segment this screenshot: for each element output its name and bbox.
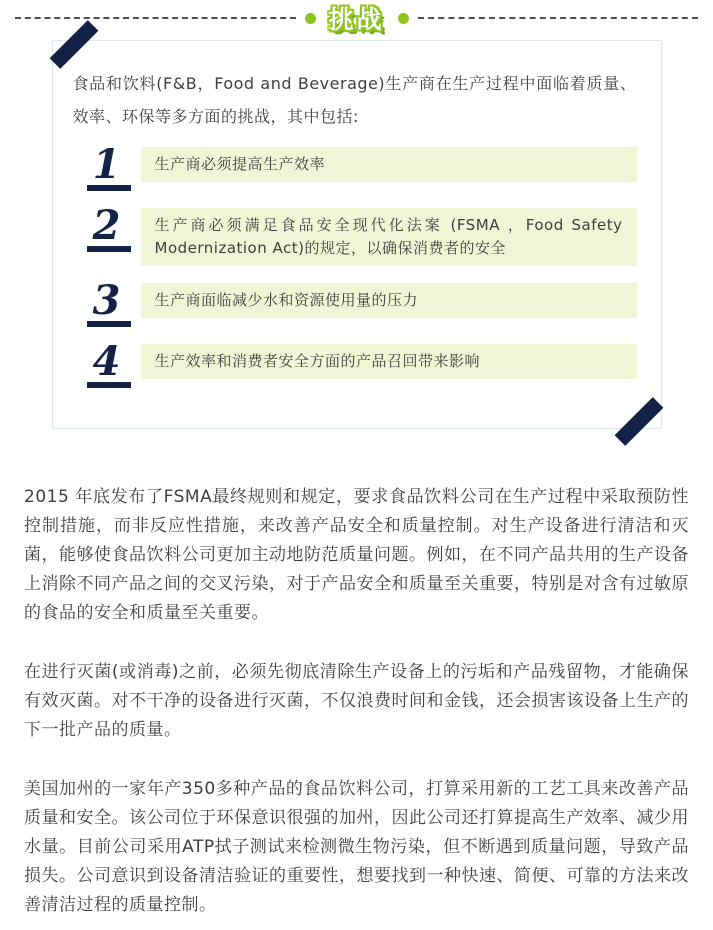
corner-ribbon-icon (614, 397, 663, 446)
item-number-block: 4 (73, 344, 141, 388)
article-body: 2015 年底发布了FSMA最终规则和规定，要求食品饮料公司在生产过程中采取预防… (0, 483, 713, 920)
body-paragraph: 在进行灭菌(或消毒)之前，必须先彻底清除生产设备上的污垢和产品残留物，才能确保有… (24, 658, 689, 745)
item-text: 生产效率和消费者安全方面的产品召回带来影响 (155, 350, 623, 373)
item-text-bar: 生产商面临减少水和资源使用量的压力 (141, 283, 637, 318)
challenge-card: 食品和饮料(F&B，Food and Beverage)生产商在生产过程中面临着… (52, 40, 662, 429)
challenge-item: 3 生产商面临减少水和资源使用量的压力 (73, 283, 637, 327)
bullet-dot-icon (305, 13, 316, 24)
challenge-item: 1 生产商必须提高生产效率 (73, 147, 637, 191)
item-text: 生产商面临减少水和资源使用量的压力 (155, 289, 623, 312)
section-title: 挑战 (325, 0, 389, 36)
body-paragraph: 美国加州的一家年产350多种产品的食品饮料公司，打算采用新的工艺工具来改善产品质… (24, 775, 689, 920)
card-intro-text: 食品和饮料(F&B，Food and Beverage)生产商在生产过程中面临着… (73, 67, 637, 133)
item-number-block: 1 (73, 147, 141, 191)
challenge-item: 2 生产商必须满足食品安全现代化法案 (FSMA ，Food Safety Mo… (73, 208, 637, 266)
item-number: 4 (73, 344, 141, 380)
challenge-item: 4 生产效率和消费者安全方面的产品召回带来影响 (73, 344, 637, 388)
item-text: 生产商必须提高生产效率 (155, 153, 623, 176)
body-paragraph: 2015 年底发布了FSMA最终规则和规定，要求食品饮料公司在生产过程中采取预防… (24, 483, 689, 628)
item-text: 生产商必须满足食品安全现代化法案 (FSMA ，Food Safety Mode… (155, 214, 623, 260)
item-text-bar: 生产效率和消费者安全方面的产品召回带来影响 (141, 344, 637, 379)
item-number: 2 (73, 208, 141, 244)
item-text-bar: 生产商必须满足食品安全现代化法案 (FSMA ，Food Safety Mode… (141, 208, 637, 266)
item-number: 1 (73, 147, 141, 183)
dashed-divider-left (15, 17, 296, 19)
dashed-divider-right (418, 17, 699, 19)
section-header: 挑战 (15, 2, 698, 34)
item-number-block: 3 (73, 283, 141, 327)
bullet-dot-icon (398, 13, 409, 24)
item-text-bar: 生产商必须提高生产效率 (141, 147, 637, 182)
item-number-block: 2 (73, 208, 141, 252)
item-number: 3 (73, 283, 141, 319)
